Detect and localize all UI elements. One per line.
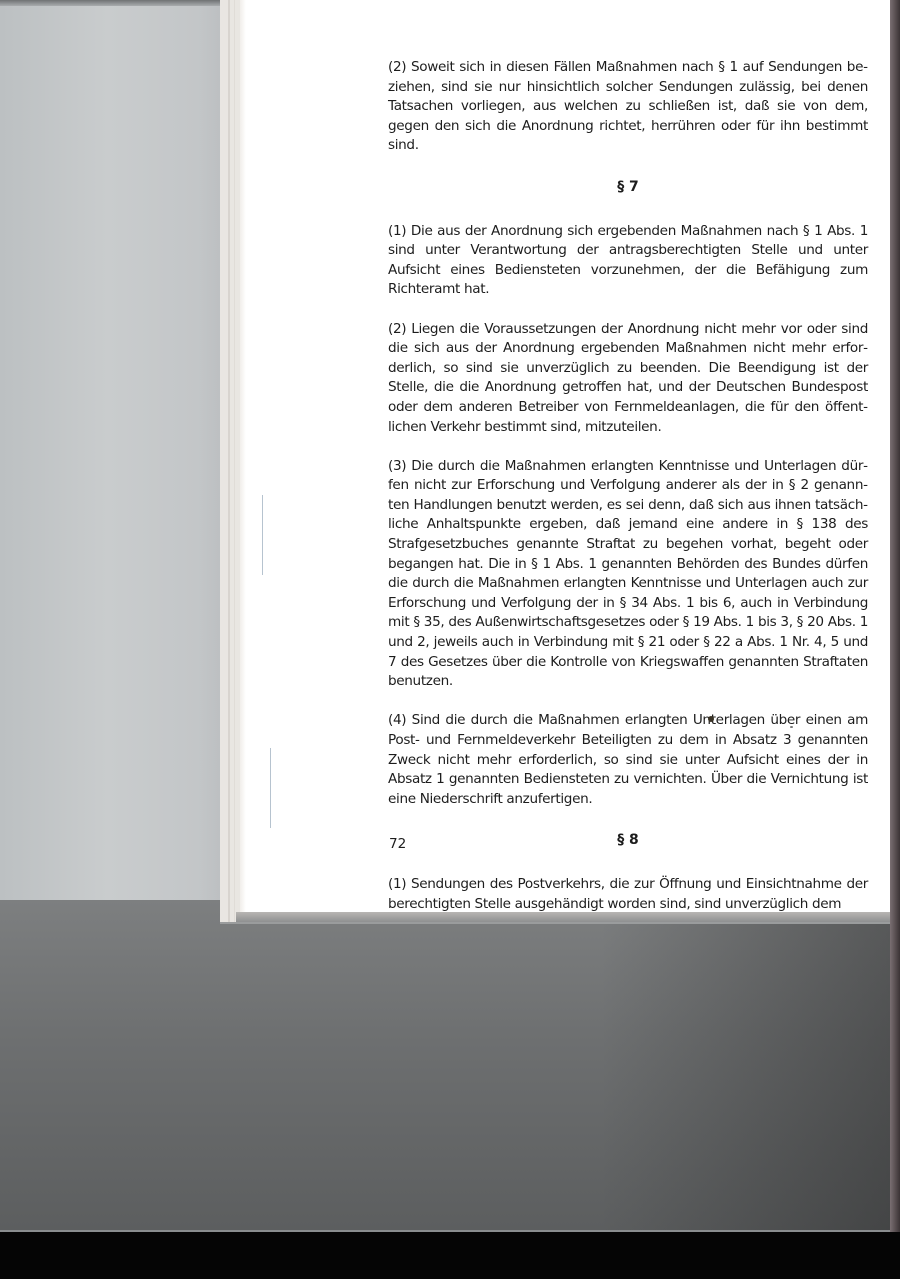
- margin-mark: [270, 748, 271, 828]
- paragraph-7-2: (2) Liegen die Voraussetzungen der Anord…: [388, 320, 868, 438]
- scan-speck: [790, 726, 793, 728]
- document-body: (2) Soweit sich in diesen Fällen Maßnahm…: [388, 58, 868, 914]
- paragraph-7-4: (4) Sind die durch die Maßnahmen erlangt…: [388, 711, 868, 809]
- paragraph-8-1: (1) Sendungen des Postverkehrs, die zur …: [388, 875, 868, 914]
- scan-right-edge: [890, 0, 900, 1232]
- scan-speck: [708, 716, 714, 722]
- paragraph-6-2: (2) Soweit sich in diesen Fällen Maßnahm…: [388, 58, 868, 156]
- scan-bottom-edge: [0, 1232, 900, 1279]
- margin-mark: [262, 495, 263, 575]
- section-heading-8: § 8: [388, 831, 868, 851]
- page-number: 72: [389, 836, 406, 852]
- paragraph-7-1: (1) Die aus der Anordnung sich ergebende…: [388, 222, 868, 300]
- page-edge-line: [234, 0, 235, 922]
- scan-shadow: [600, 910, 900, 1230]
- paragraph-7-3: (3) Die durch die Maßnahmen erlangten Ke…: [388, 457, 868, 692]
- section-heading-7: § 7: [388, 178, 868, 198]
- page-gutter-shadow: [240, 0, 246, 912]
- page-edge-line: [228, 0, 230, 922]
